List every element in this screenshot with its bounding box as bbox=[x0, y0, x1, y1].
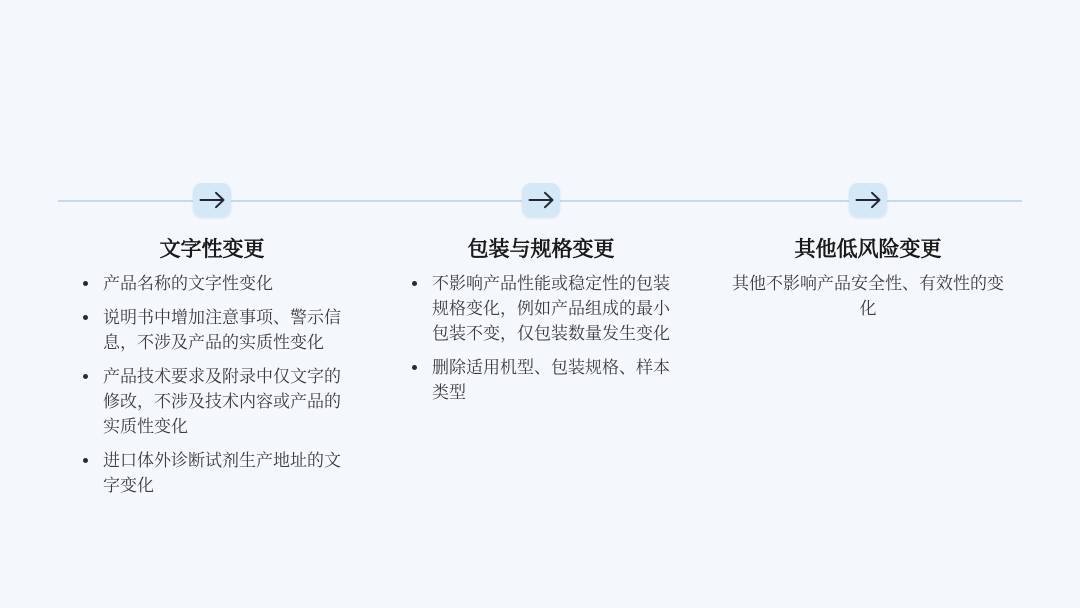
list-item: 进口体外诊断试剂生产地址的文字变化 bbox=[76, 448, 348, 498]
column-title: 包装与规格变更 bbox=[399, 236, 683, 264]
column-text-changes: 文字性变更 产品名称的文字性变化 说明书中增加注意事项、警示信息，不涉及产品的实… bbox=[70, 236, 354, 507]
arrow-badge-2 bbox=[522, 183, 560, 217]
list-item: 产品技术要求及附录中仅文字的修改，不涉及技术内容或产品的实质性变化 bbox=[76, 364, 348, 439]
column-title: 文字性变更 bbox=[70, 236, 354, 264]
column-text: 其他不影响产品安全性、有效性的变化 bbox=[729, 271, 1007, 321]
list-item: 产品名称的文字性变化 bbox=[76, 271, 348, 296]
arrow-right-icon bbox=[855, 190, 882, 210]
arrow-right-icon bbox=[199, 190, 226, 210]
slide: 文字性变更 产品名称的文字性变化 说明书中增加注意事项、警示信息，不涉及产品的实… bbox=[0, 0, 1080, 608]
list-item: 删除适用机型、包装规格、样本类型 bbox=[405, 355, 677, 405]
column-title: 其他低风险变更 bbox=[726, 236, 1010, 264]
column-other-low-risk-changes: 其他低风险变更 其他不影响产品安全性、有效性的变化 bbox=[726, 236, 1010, 321]
list-item: 不影响产品性能或稳定性的包装规格变化，例如产品组成的最小包装不变，仅包装数量发生… bbox=[405, 271, 677, 346]
list-item: 说明书中增加注意事项、警示信息，不涉及产品的实质性变化 bbox=[76, 305, 348, 355]
arrow-right-icon bbox=[528, 190, 555, 210]
column-packaging-spec-changes: 包装与规格变更 不影响产品性能或稳定性的包装规格变化，例如产品组成的最小包装不变… bbox=[399, 236, 683, 414]
arrow-badge-3 bbox=[849, 183, 887, 217]
arrow-badge-1 bbox=[193, 183, 231, 217]
bullet-list: 不影响产品性能或稳定性的包装规格变化，例如产品组成的最小包装不变，仅包装数量发生… bbox=[405, 271, 683, 405]
bullet-list: 产品名称的文字性变化 说明书中增加注意事项、警示信息，不涉及产品的实质性变化 产… bbox=[76, 271, 354, 498]
